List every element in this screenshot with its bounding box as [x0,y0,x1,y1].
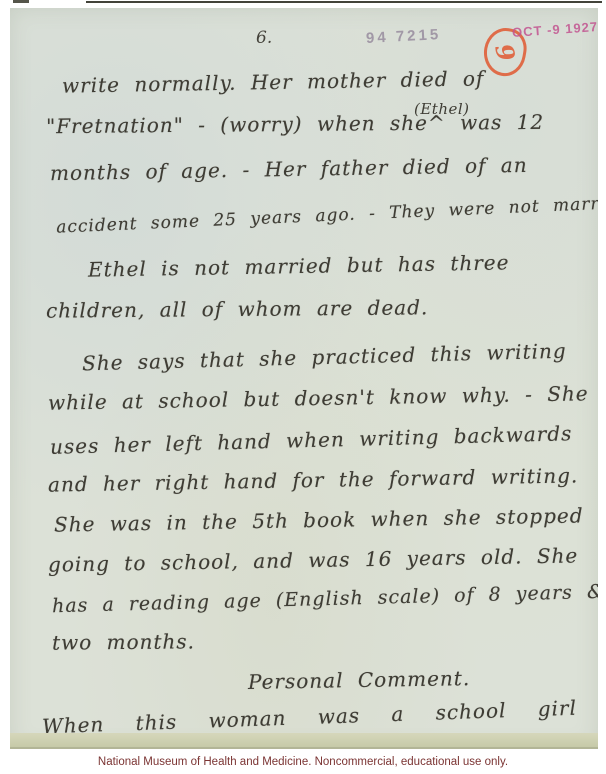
scan-edge-mark [13,0,29,3]
handwritten-line: has a reading age (English scale) of 8 y… [52,581,598,617]
date-stamp: OCT -9 1927 [512,19,598,40]
paper-bottom-shadow [10,733,598,749]
handwritten-line: months of age. - Her father died of an [50,153,528,185]
manuscript-paper: 6. 94 7215 9 OCT -9 1927 write normally.… [10,8,598,749]
handwritten-line: Ethel is not married but has three [88,250,510,281]
handwritten-line: accident some 25 years ago. - They were … [56,192,598,237]
handwritten-line: uses her left hand when writing backward… [50,421,573,459]
handwritten-line: two months. [52,629,195,654]
handwritten-line: while at school but doesn't know why. - … [48,381,589,414]
handwritten-line: She was in the 5th book when she stopped [54,503,584,536]
circle-mark-glyph: 9 [489,40,521,64]
handwritten-line: children, all of whom are dead. [46,295,429,322]
scanned-document: 6. 94 7215 9 OCT -9 1927 write normally.… [0,0,606,774]
handwritten-heading: Personal Comment. [248,666,471,694]
handwritten-line: and her right hand for the forward writi… [48,463,579,496]
handwritten-line: "Fretnation" - (worry) when she^ was 12 [46,110,544,138]
handwritten-line: When this woman was a school girl [42,696,578,739]
page-number: 6. [256,28,272,48]
handwritten-line: write normally. Her mother died of [62,66,485,97]
accession-number-stamp: 94 7215 [366,26,442,47]
handwritten-line: She says that she practiced this writing [82,339,567,376]
handwritten-line: going to school, and was 16 years old. S… [48,543,579,576]
museum-caption: National Museum of Health and Medicine. … [0,753,606,774]
scan-edge-line [86,1,602,3]
